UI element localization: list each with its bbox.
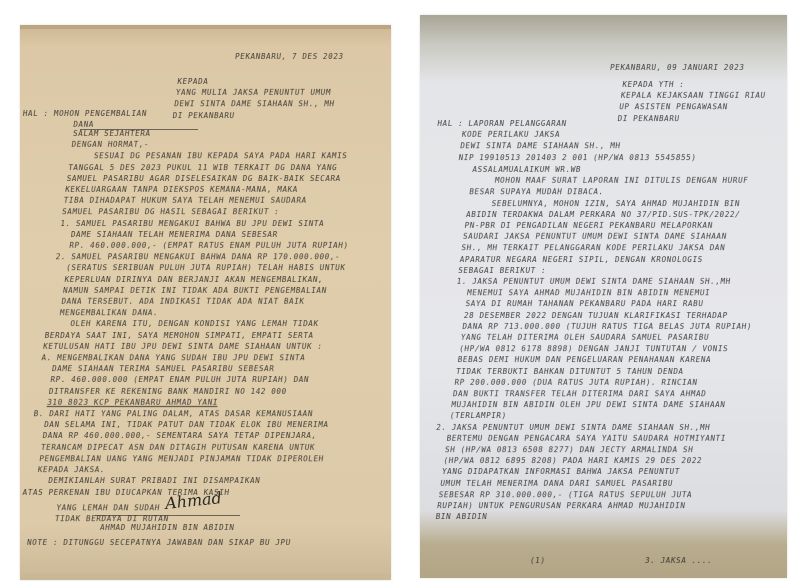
recipient-line: Yang Mulia Jaksa Penuntut Umum: [175, 87, 337, 98]
left-letter-body: Salam Sejahtera Dengan Hormat,- Sesuai d…: [20, 128, 391, 524]
recipient-line: Up Asisten Pengawasan: [618, 101, 764, 112]
body-line: Bin Abidin: [423, 511, 760, 522]
body-line: dana tersebut. Ada indikasi tidak ada ni…: [49, 296, 391, 307]
body-line: tidak terbukti bahkan dituntut 5 tahun d…: [443, 366, 780, 377]
body-line: yang didapatkan informasi bahwa Jaksa Pe…: [429, 466, 766, 477]
body-line: ketulusan hati ibu JPU Dewi Sinta Dame S…: [42, 341, 384, 352]
body-line: 28 Desember 2022 dengan tujuan klarifika…: [451, 310, 787, 321]
subject-label: Hal :: [437, 119, 464, 128]
body-line: dana Rp 713.000.000 (tujuh ratus tiga be…: [450, 321, 787, 332]
body-line: kepada Jaksa.: [25, 464, 367, 475]
body-line: A. Mengembalikan dana yang sudah ibu JPU…: [41, 352, 383, 363]
body-line: Sebelumnya, mohon izin, saya Ahmad Mujah…: [467, 198, 787, 209]
right-letter-subject: Hal : Laporan Pelanggaran Kode Perilaku …: [432, 118, 702, 163]
recipient-line: Di Pekanbaru: [172, 110, 334, 121]
body-line: Dame Siahaan terima Samuel Pasaribu sebe…: [39, 363, 381, 374]
body-line: saya di Rumah Tahanan Pekanbaru pada har…: [453, 298, 787, 309]
left-letter-photo: Pekanbaru, 7 Des 2023 Kepada Yang Mulia …: [20, 25, 391, 580]
left-letter-date: Pekanbaru, 7 Des 2023: [234, 51, 344, 62]
body-line: dana Rp 460.000.000,- sementara saya tet…: [30, 430, 372, 441]
body-line: menemui saya Ahmad Mujahidin Bin Abidin …: [454, 287, 787, 298]
right-letter-date: Pekanbaru, 09 Januari 2023: [609, 62, 745, 73]
body-line: Umum telah menerima dana dari Samuel Pas…: [428, 478, 765, 489]
body-line: 2. Jaksa Penuntut Umum Dewi Sinta Dame S…: [435, 422, 772, 433]
body-line: Rp 200.000.000 (dua ratus juta rupiah). …: [442, 377, 779, 388]
body-line: 2. Samuel Pasaribu mengakui bahwa dana R…: [55, 251, 391, 262]
body-line: (seratus seribuan puluh juta rupiah) tel…: [53, 262, 391, 273]
subject-line: Laporan Pelanggaran: [468, 119, 568, 128]
body-line: bertemu dengan pengacara saya yaitu saud…: [434, 433, 771, 444]
body-line: Rp. 460.000.000,- (empat ratus enam pulu…: [57, 240, 391, 251]
left-letter-recipient: Kepada Yang Mulia Jaksa Penuntut Umum De…: [172, 76, 339, 121]
body-line: rupiah) untuk pengurusan perkara Ahmad M…: [424, 500, 761, 511]
body-line: Samuel Pasaribu dg hasil sebagai berikut…: [61, 206, 391, 217]
body-line: Mohon maaf surat laporan ini ditulis den…: [470, 175, 787, 186]
body-line: sebagai berikut :: [457, 265, 787, 276]
body-line: pengembalian uang yang menjadi pinjaman …: [27, 453, 369, 464]
right-letter-page: Pekanbaru, 09 Januari 2023 Kepada Yth : …: [420, 15, 787, 578]
right-letter-body: Assalamualaikum Wr.Wb Mohon maaf surat l…: [423, 164, 787, 523]
body-line: ditransfer ke rekening Bank Mandiri No 1…: [36, 386, 378, 397]
body-line: (HP/WA 0812 6178 8898) dengan janji tunt…: [446, 343, 783, 354]
recipient-line: Kepada Yth :: [622, 79, 768, 90]
body-line: Samuel Pasaribu agar diselesaikan dg bai…: [66, 173, 391, 184]
body-line: bebas demi hukum dan pengeluaran penahan…: [445, 354, 782, 365]
body-line: SH., MH terkait pelanggaran kode perilak…: [461, 242, 787, 253]
recipient-line: Dewi Sinta Dame Siahaan SH., MH: [173, 98, 335, 109]
body-line: Sesuai dg pesanan ibu kepada saya pada h…: [69, 150, 391, 161]
page-number: (1): [529, 555, 546, 566]
body-line: 1. Samuel Pasaribu mengakui bahwa bu JPU…: [60, 218, 391, 229]
subject-label: Hal :: [22, 109, 49, 118]
body-line: saudari Jaksa Penuntut Umum Dewi Sinta D…: [462, 231, 787, 242]
body-line: 1. Jaksa Penuntut Umum Dewi Sinta Dame S…: [456, 276, 787, 287]
greeting-line: Dengan Hormat,-: [71, 139, 391, 150]
body-line: namun sampai detik ini tidak ada bukti p…: [50, 285, 391, 296]
body-line: dan bukti transfer telah diterima dari s…: [440, 388, 777, 399]
continuation-marker: 3. Jaksa ....: [644, 555, 713, 566]
left-letter-page: Pekanbaru, 7 Des 2023 Kepada Yang Mulia …: [20, 25, 391, 580]
body-line: keperluan dirinya dan berjanji akan meng…: [52, 274, 391, 285]
body-line: aparatur negara negeri sipil, dengan kro…: [459, 254, 787, 265]
recipient-line: Kepala Kejaksaan Tinggi Riau: [620, 90, 766, 101]
signature-line: [95, 515, 240, 516]
account-number-line: 310 8023 KCP Pekanbaru Ahmad Yani: [34, 397, 376, 408]
body-line: berdaya saat ini, saya memohon simpati, …: [44, 330, 386, 341]
body-line: Mujahidin Bin Abidin oleh JPU Dewi Sinta…: [439, 399, 776, 410]
body-line: Demikianlah surat pribadi ini disampaika…: [23, 475, 365, 486]
recipient-line: Kepada: [177, 76, 339, 87]
signer-name: Ahmad Mujahidin Bin Abidin: [99, 522, 235, 533]
subject-line: Dewi Sinta Dame Siahaan SH., MH: [433, 140, 698, 151]
body-line: Rp. 460.000.000 (empat enam puluh juta r…: [38, 374, 380, 385]
left-letter-note: Note : Ditunggu secepatnya jawaban dan s…: [26, 537, 291, 548]
body-line: kekeluargaan tanpa diekspos kemana-mana,…: [64, 184, 391, 195]
body-line: dan selama ini, tidak patut dan tidak el…: [31, 419, 373, 430]
greeting-line: Assalamualaikum Wr.Wb: [472, 164, 787, 175]
body-line: terancam dipecat ASN dan ditagih putusan…: [28, 442, 370, 453]
body-line: Oleh karena itu, dengan kondisi yang lem…: [45, 318, 387, 329]
body-line: yang telah diterima oleh saudara Samuel …: [448, 332, 785, 343]
body-line: tiba dihadapat hukum saya telah menemui …: [63, 195, 391, 206]
body-line: PN-Pbr di Pengadilan Negeri Pekanbaru me…: [464, 220, 787, 231]
subject-line: NIP 19910513 201403 2 001 (HP/WA 0813 55…: [432, 152, 697, 163]
greeting-line: Salam Sejahtera: [72, 128, 391, 139]
right-letter-photo: Pekanbaru, 09 Januari 2023 Kepada Yth : …: [420, 15, 787, 578]
body-line: besar supaya mudah dibaca.: [468, 186, 787, 197]
body-line: sebesar Rp 310.000.000,- (tiga ratus sep…: [426, 489, 763, 500]
body-line: SH (HP/WA 0813 6508 8277) dan Jecty Arma…: [432, 444, 769, 455]
body-line: B. Dari hati yang paling dalam, atas das…: [33, 408, 375, 419]
body-line: mengembalikan dana.: [47, 307, 389, 318]
body-line: Abidin terdakwa dalam perkara No 37/Pid.…: [465, 209, 787, 220]
body-line: tanggal 5 Des 2023 pukul 11 wib terkait …: [68, 162, 391, 173]
body-line: Dame Siahaan telah menerima dana sebesar: [58, 229, 391, 240]
body-line: (terlampir): [437, 410, 774, 421]
subject-line: Kode Perilaku Jaksa: [435, 129, 700, 140]
body-line: (HP/WA 0812 6895 8208) pada hari Kamis 2…: [431, 455, 768, 466]
subject-line: Mohon Pengembalian: [53, 109, 147, 118]
